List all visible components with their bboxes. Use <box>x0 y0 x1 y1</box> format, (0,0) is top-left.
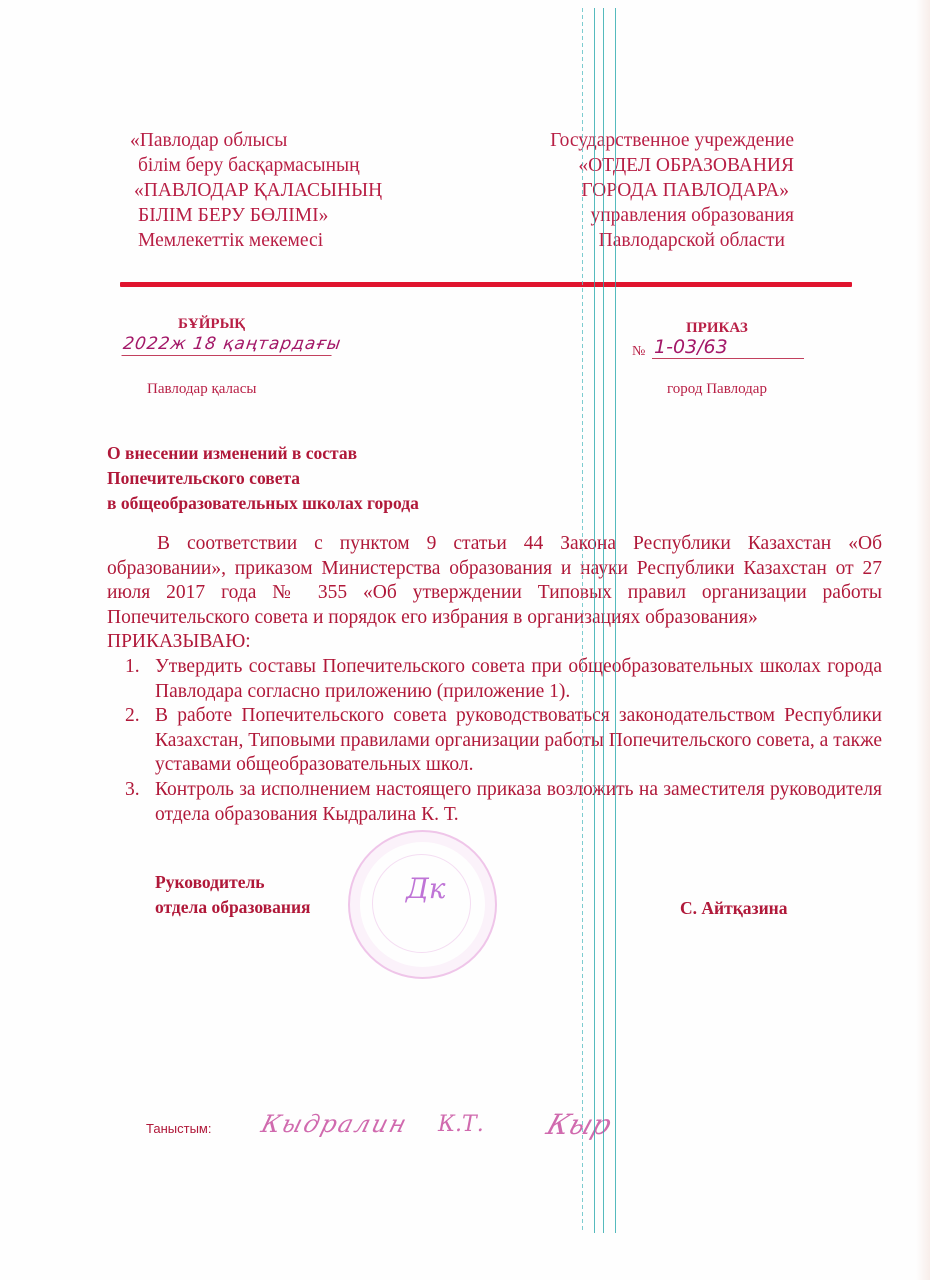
header-ru-line-4: управления образования <box>550 203 794 228</box>
header-kz-line-5: Мемлекеттік мекемесі <box>130 228 382 253</box>
scan-artifact-line <box>582 8 583 1233</box>
title-line-3: в общеобразовательных школах города <box>107 491 419 516</box>
header-kz-line-4: БІЛІМ БЕРУ БӨЛІМІ» <box>130 203 382 228</box>
signatory-title: Руководитель отдела образования <box>155 870 311 920</box>
order-items-list: 1. Утвердить составы Попечительского сов… <box>107 655 882 827</box>
scan-artifact-line <box>615 8 616 1233</box>
order-directive: ПРИКАЗЫВАЮ: <box>107 630 882 655</box>
order-item-number: 2. <box>125 704 140 729</box>
acknowledgement-label: Таныстым: <box>146 1121 211 1136</box>
city-label-ru: город Павлодар <box>667 381 767 398</box>
header-kz-line-2: білім беру басқармасының <box>130 153 382 178</box>
acknowledgement-handwritten-name: Кыдралин <box>258 1110 411 1138</box>
order-item-number: 1. <box>125 655 140 680</box>
handwritten-date: 2022ж 18 қаңтардағы <box>121 334 334 356</box>
order-item-text: В работе Попечительского совета руководс… <box>155 705 882 775</box>
header-ru-line-5: Павлодарской области <box>550 228 794 253</box>
title-line-1: О внесении изменений в состав <box>107 441 419 466</box>
city-label-kz: Павлодар қаласы <box>147 381 256 398</box>
order-label-kz: БҰЙРЫҚ <box>178 316 245 333</box>
order-item-text: Контроль за исполнением настоящего прика… <box>155 779 882 825</box>
signatory-title-line-2: отдела образования <box>155 895 311 920</box>
signatory-title-line-1: Руководитель <box>155 870 311 895</box>
acknowledgement-signature: Кыр <box>543 1108 616 1141</box>
scan-artifact-line <box>603 8 604 1233</box>
header-kz-line-3: «ПАВЛОДАР ҚАЛАСЫНЫҢ <box>130 178 382 203</box>
header-divider <box>120 282 852 287</box>
header-ru-line-2: «ОТДЕЛ ОБРАЗОВАНИЯ <box>550 153 794 178</box>
order-item-number: 3. <box>125 778 140 803</box>
order-label-ru: ПРИКАЗ <box>686 320 748 337</box>
page-edge-shadow <box>916 0 930 1280</box>
signatory-name: С. Айтқазина <box>680 898 788 919</box>
official-stamp: Дк <box>348 830 497 979</box>
order-item: 1. Утвердить составы Попечительского сов… <box>107 655 882 704</box>
document-title: О внесении изменений в состав Попечитель… <box>107 441 419 516</box>
header-ru-line-3: ГОРОДА ПАВЛОДАРА» <box>550 178 794 203</box>
order-item-text: Утвердить составы Попечительского совета… <box>155 656 882 702</box>
header-russian-institution: Государственное учреждение «ОТДЕЛ ОБРАЗО… <box>550 128 794 253</box>
document-page: «Павлодар облысы білім беру басқармасыны… <box>0 0 930 1280</box>
order-item: 2. В работе Попечительского совета руков… <box>107 704 882 778</box>
stamp-signature: Дк <box>406 872 445 905</box>
header-kz-line-1: «Павлодар облысы <box>130 128 382 153</box>
acknowledgement-handwritten-initials: К.Т. <box>438 1112 484 1137</box>
handwritten-order-number: 1-03/63 <box>652 336 804 359</box>
order-item: 3. Контроль за исполнением настоящего пр… <box>107 778 882 827</box>
preamble-paragraph: В соответствии с пунктом 9 статьи 44 Зак… <box>107 532 882 630</box>
scan-artifact-line <box>594 8 595 1233</box>
header-ru-line-1: Государственное учреждение <box>550 128 794 153</box>
title-line-2: Попечительского совета <box>107 466 419 491</box>
number-sign: № <box>632 344 645 360</box>
document-body: В соответствии с пунктом 9 статьи 44 Зак… <box>107 532 882 827</box>
header-kazakh-institution: «Павлодар облысы білім беру басқармасыны… <box>130 128 382 253</box>
